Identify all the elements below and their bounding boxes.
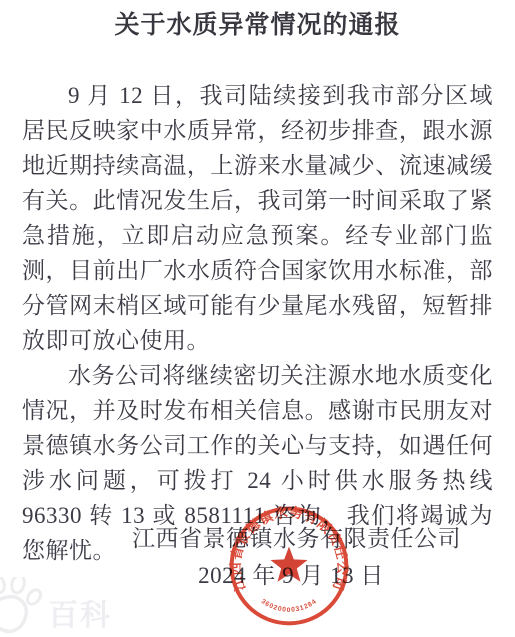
baidu-paw-icon: [0, 577, 46, 637]
issue-date: 2024 年 9 月 13 日: [132, 557, 450, 594]
notice-document-page: 关于水质异常情况的通报 9 月 12 日，我司陆续接到我市部分区域居民反映家中水…: [0, 0, 515, 637]
baike-watermark: 百科: [0, 577, 112, 637]
watermark-label: 百科: [48, 601, 112, 631]
notice-content: 关于水质异常情况的通报 9 月 12 日，我司陆续接到我市部分区域居民反映家中水…: [0, 10, 515, 568]
signature-block: 江西省景德镇水务有限责任公司 2024 年 9 月 13 日: [132, 520, 450, 594]
seal-serial-number: 3602000031284: [260, 598, 319, 614]
notice-title: 关于水质异常情况的通报: [22, 10, 493, 42]
notice-paragraph-1: 9 月 12 日，我司陆续接到我市部分区域居民反映家中水质异常，经初步排查，跟水…: [22, 78, 493, 358]
issuer-company-name: 江西省景德镇水务有限责任公司: [132, 520, 450, 557]
